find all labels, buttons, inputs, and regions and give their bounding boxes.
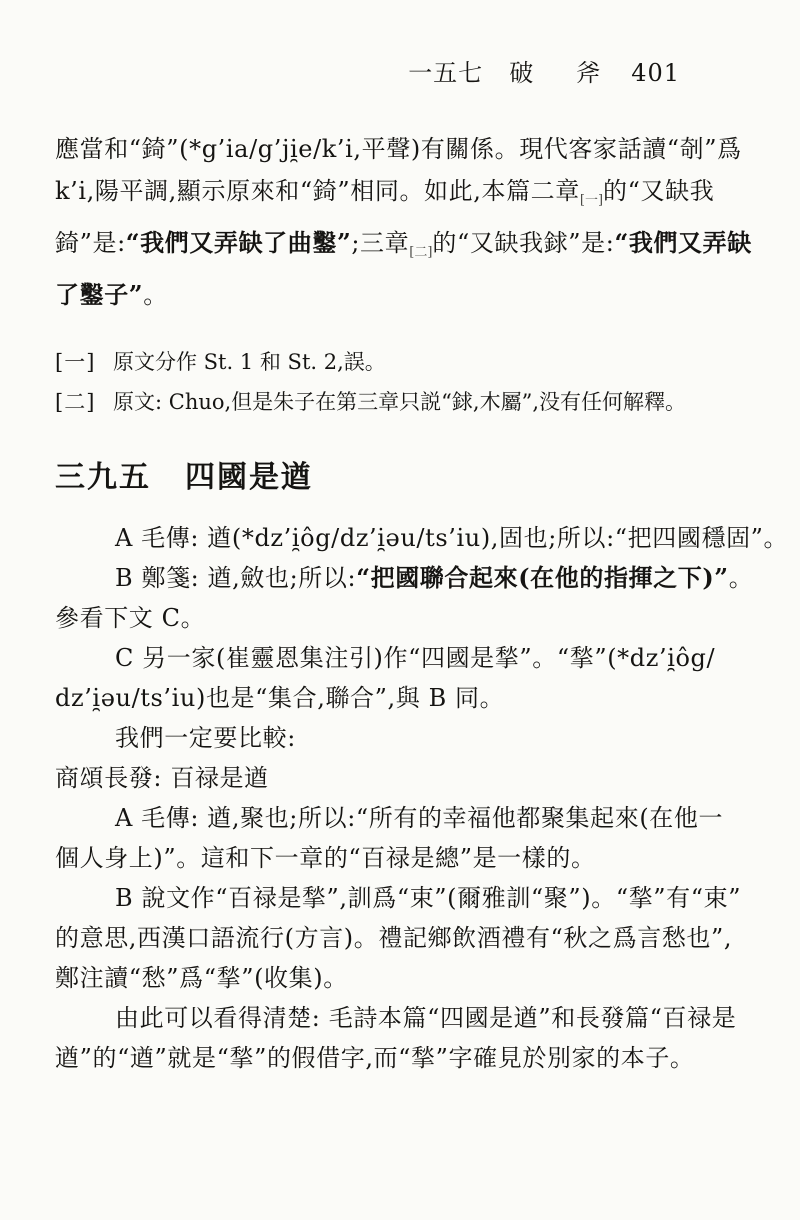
text-run: 由此可以看得清楚: 毛詩本篇“四國是遒”和長發篇“百禄是 — [115, 1004, 736, 1032]
text-run: 了鑿子” — [55, 280, 143, 309]
text-line: 遒”的“遒”就是“揫”的假借字,而“揫”字確見於別家的本子。 — [55, 1038, 747, 1078]
text-run: dz’i̯əu/ts’iu)也是“集合,聯合”,與 B 同。 — [55, 684, 504, 712]
text-run: 商頌長發: 百禄是遒 — [55, 764, 269, 792]
text-run: “我們又弄缺 — [614, 228, 751, 257]
text-run: “把國聯合起來(在他的指揮之下)” — [356, 563, 729, 592]
text-run: 錡”是: — [55, 229, 126, 257]
text-run: 的“又缺我銶”是: — [432, 229, 614, 257]
header-poem-title-char-1: 破 — [509, 58, 534, 88]
text-run: 應當和“錡”(*g’ia/g’ji̯e/k’i,平聲)有關係。現代客家話讀“剞”… — [55, 135, 742, 163]
footnotes-block: [一]原文分作 St. 1 和 St. 2,誤。[二]原文: Chuo,但是朱子… — [55, 342, 747, 422]
text-line: 的意思,西漢口語流行(方言)。禮記鄉飲酒禮有“秋之爲言愁也”, — [55, 918, 747, 958]
text-line: A 毛傳: 遒(*dz’i̯ôg/dz’i̯əu/ts’iu),固也;所以:“把… — [55, 518, 747, 558]
text-line: 商頌長發: 百禄是遒 — [55, 758, 747, 798]
footnote-line: [一]原文分作 St. 1 和 St. 2,誤。 — [55, 342, 747, 382]
text-line: dz’i̯əu/ts’iu)也是“集合,聯合”,與 B 同。 — [55, 678, 747, 718]
text-run: A 毛傳: 遒(*dz’i̯ôg/dz’i̯əu/ts’iu),固也;所以:“把… — [115, 524, 788, 552]
text-line: k’i,陽平調,顯示原來和“錡”相同。如此,本篇二章[一]的“又缺我 — [55, 170, 747, 222]
text-line: 由此可以看得清楚: 毛詩本篇“四國是遒”和長發篇“百禄是 — [55, 998, 747, 1038]
text-line: C 另一家(崔靈恩集注引)作“四國是揫”。“揫”(*dz’i̯ôg/ — [55, 638, 747, 678]
text-run: 的“又缺我 — [603, 177, 714, 205]
text-run: ;三章 — [351, 229, 409, 257]
footnote-line: [二]原文: Chuo,但是朱子在第三章只説“銶,木屬”,没有任何解釋。 — [55, 382, 747, 422]
text-run: 參看下文 C。 — [55, 604, 205, 632]
header-gloss-number: 一五七 — [408, 58, 483, 88]
footnote-ref-marker: [二] — [409, 245, 432, 260]
text-run: 個人身上)”。這和下一章的“百禄是總”是一樣的。 — [55, 844, 596, 872]
section-heading-title: 四國是遒 — [185, 460, 313, 495]
text-run: 。 — [143, 281, 168, 309]
text-run: A 毛傳: 遒,聚也;所以:“所有的幸福他都聚集起來(在他一 — [115, 804, 723, 832]
text-run: B 說文作“百禄是揫”,訓爲“束”(爾雅訓“聚”)。“揫”有“束” — [115, 884, 741, 912]
footnote-ref-marker: [一] — [580, 193, 603, 208]
text-run: 遒”的“遒”就是“揫”的假借字,而“揫”字確見於別家的本子。 — [55, 1044, 695, 1072]
text-line: 我們一定要比較: — [55, 718, 747, 758]
opening-paragraph: 應當和“錡”(*g’ia/g’ji̯e/k’i,平聲)有關係。現代客家話讀“剞”… — [55, 128, 747, 316]
text-line: B 鄭箋: 遒,斂也;所以:“把國聯合起來(在他的指揮之下)”。 — [55, 558, 747, 598]
running-header: 一五七 破 斧 401 — [55, 58, 745, 88]
text-line: 參看下文 C。 — [55, 598, 747, 638]
text-run: C 另一家(崔靈恩集注引)作“四國是揫”。“揫”(*dz’i̯ôg/ — [115, 644, 715, 672]
header-page-number: 401 — [631, 58, 680, 88]
book-page: 一五七 破 斧 401 應當和“錡”(*g’ia/g’ji̯e/k’i,平聲)有… — [0, 0, 800, 1220]
text-line: 應當和“錡”(*g’ia/g’ji̯e/k’i,平聲)有關係。現代客家話讀“剞”… — [55, 128, 747, 170]
footnote-marker: [一] — [55, 342, 113, 382]
footnote-text: 原文: Chuo,但是朱子在第三章只説“銶,木屬”,没有任何解釋。 — [113, 390, 686, 414]
footnote-marker: [二] — [55, 382, 113, 422]
text-run: 的意思,西漢口語流行(方言)。禮記鄉飲酒禮有“秋之爲言愁也”, — [55, 924, 732, 952]
text-run: k’i,陽平調,顯示原來和“錡”相同。如此,本篇二章 — [55, 177, 580, 205]
text-line: B 說文作“百禄是揫”,訓爲“束”(爾雅訓“聚”)。“揫”有“束” — [55, 878, 747, 918]
text-run: B 鄭箋: 遒,斂也;所以: — [115, 564, 356, 592]
text-line: 錡”是:“我們又弄缺了曲鑿”;三章[二]的“又缺我銶”是:“我們又弄缺 — [55, 222, 747, 274]
text-run: 鄭注讀“愁”爲“揫”(收集)。 — [55, 964, 348, 992]
text-line: 個人身上)”。這和下一章的“百禄是總”是一樣的。 — [55, 838, 747, 878]
header-poem-title-char-2: 斧 — [576, 58, 601, 88]
text-run: “我們又弄缺了曲鑿” — [126, 228, 352, 257]
section-heading-number: 三九五 — [55, 460, 151, 495]
section-heading: 三九五四國是遒 — [55, 460, 745, 496]
text-run: 我們一定要比較: — [115, 724, 296, 752]
gloss-body: A 毛傳: 遒(*dz’i̯ôg/dz’i̯əu/ts’iu),固也;所以:“把… — [55, 518, 747, 1078]
footnote-text: 原文分作 St. 1 和 St. 2,誤。 — [113, 350, 386, 374]
text-line: 了鑿子”。 — [55, 274, 747, 316]
text-run: 。 — [729, 564, 754, 592]
text-line: 鄭注讀“愁”爲“揫”(收集)。 — [55, 958, 747, 998]
text-line: A 毛傳: 遒,聚也;所以:“所有的幸福他都聚集起來(在他一 — [55, 798, 747, 838]
